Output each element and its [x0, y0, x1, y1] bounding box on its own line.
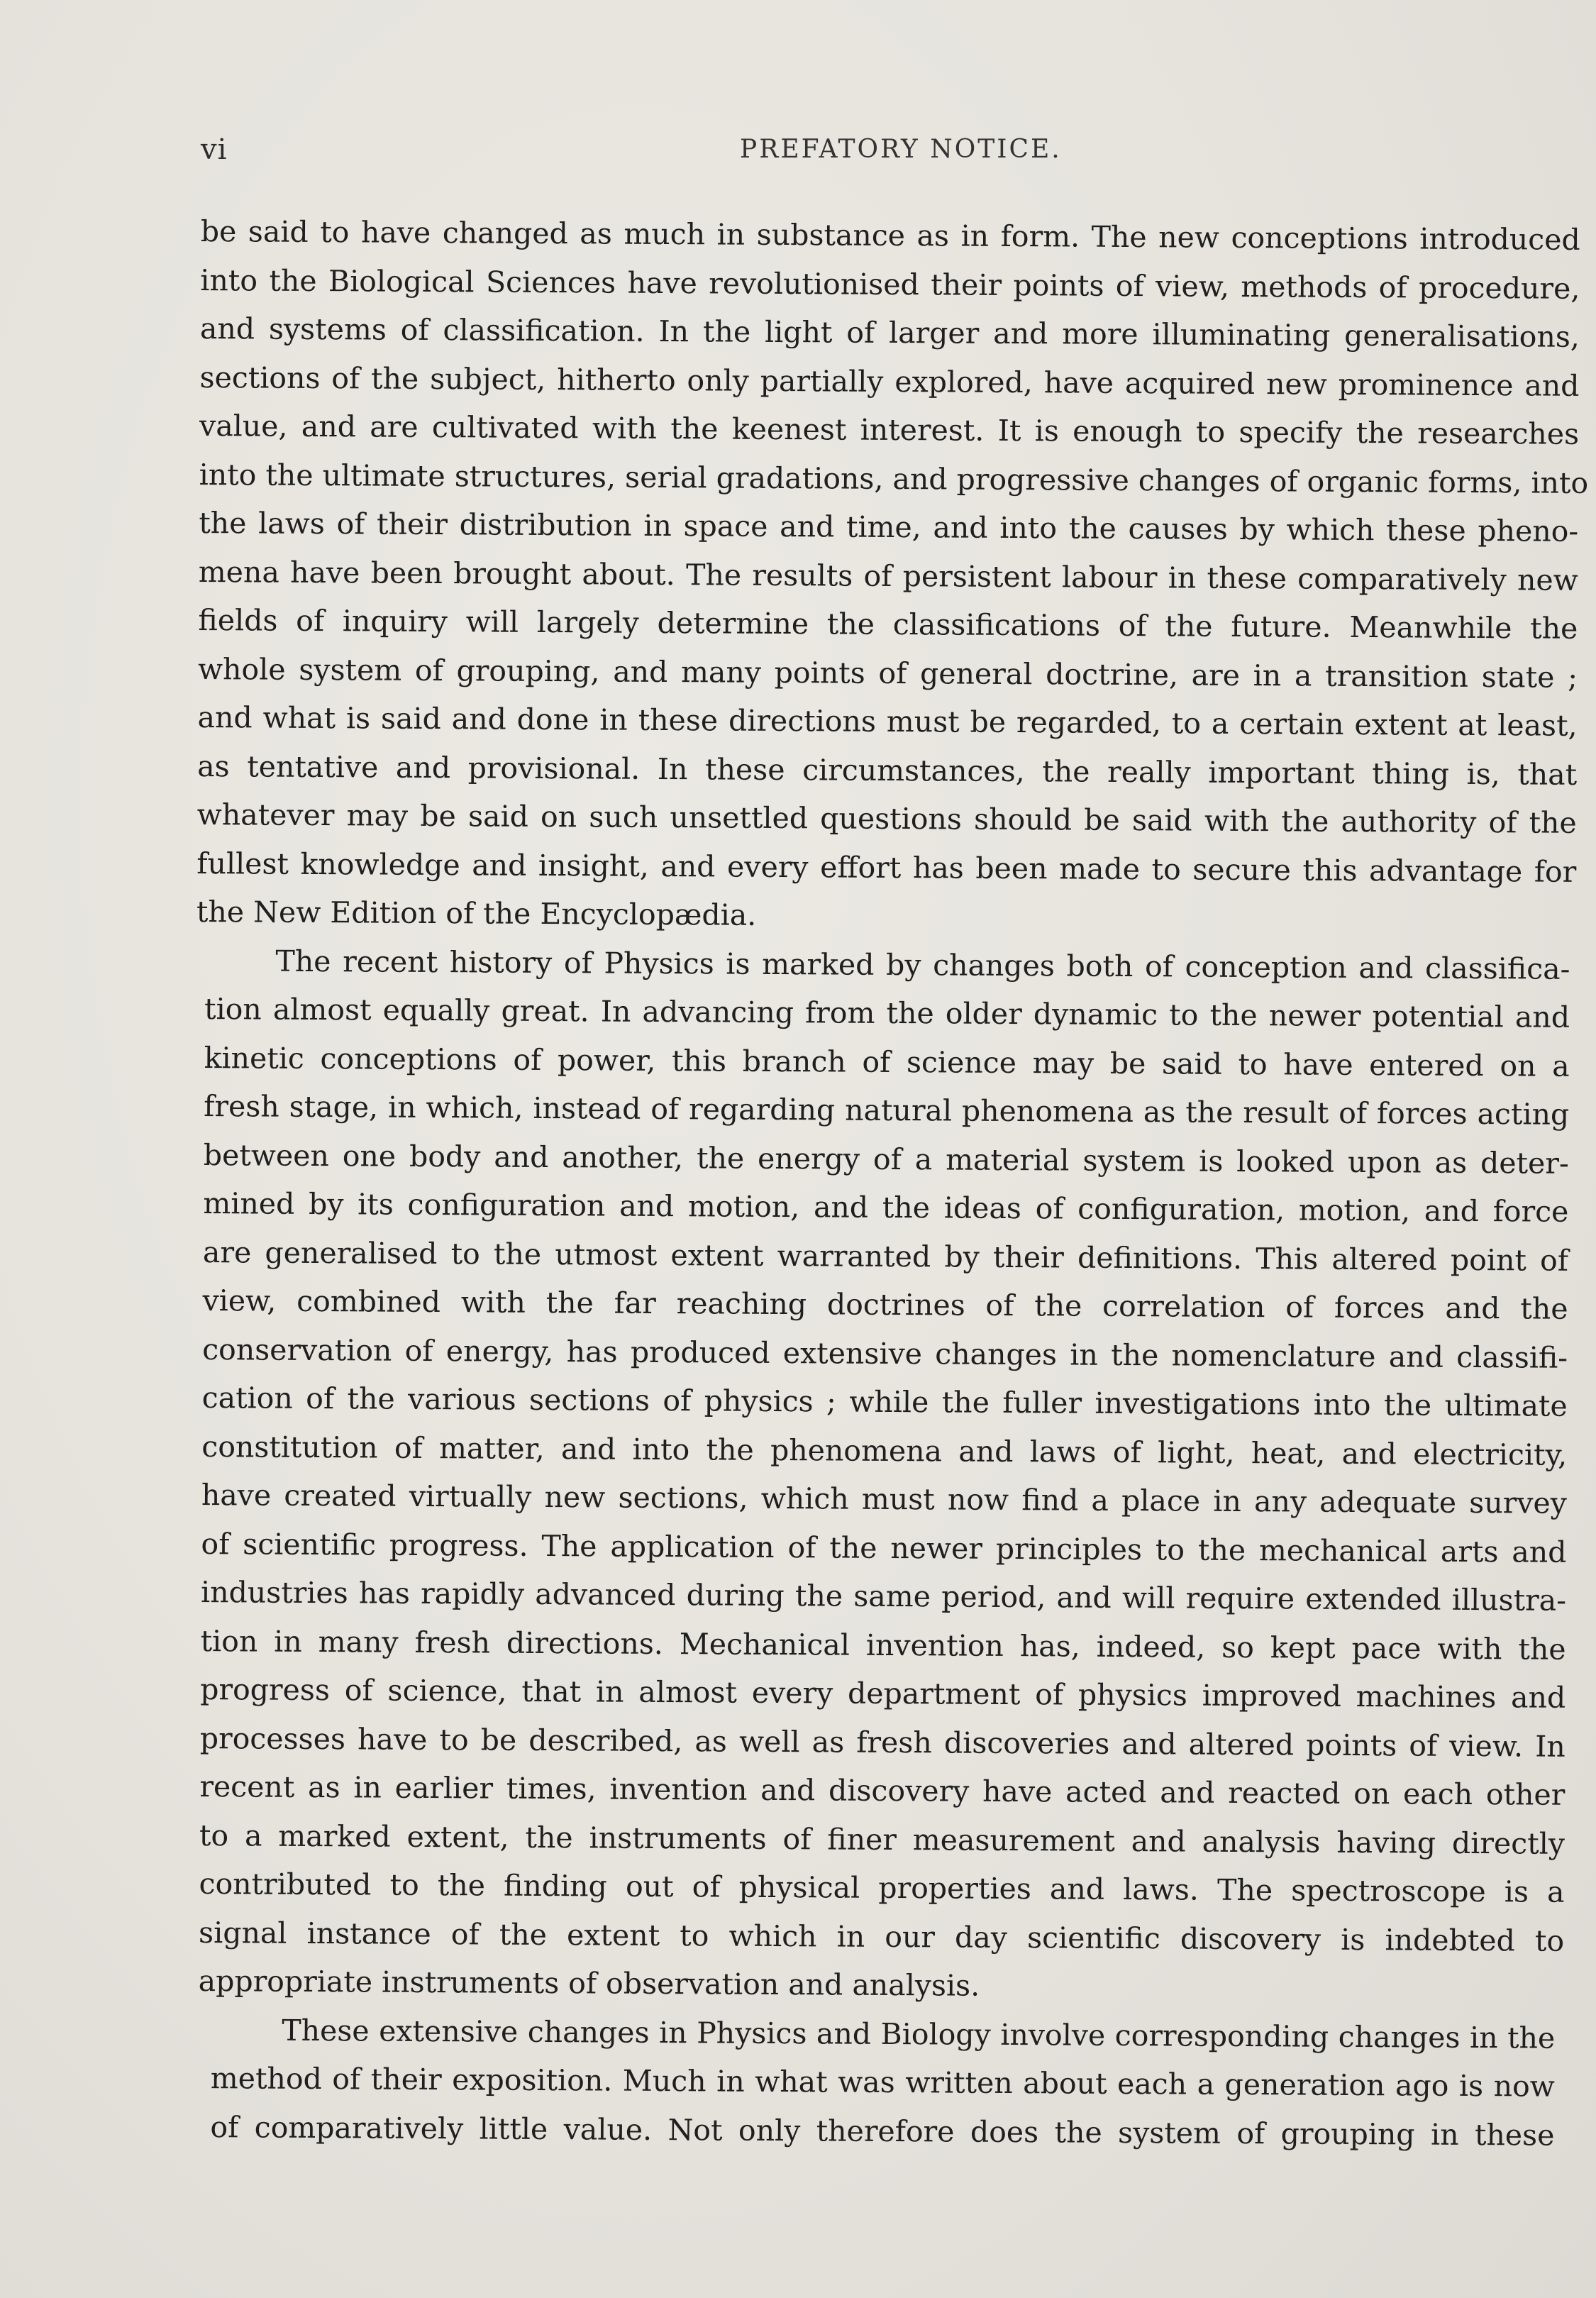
page-number: vi	[201, 133, 227, 166]
text-line: These extensive changes in Physics and B…	[211, 2006, 1555, 2062]
paragraph-biology: be said to have changed as much in subst…	[196, 207, 1580, 944]
text-line: whatever may be said on such unsettled q…	[197, 790, 1577, 847]
text-line: cation of the various sections of physic…	[202, 1374, 1568, 1430]
text-line: progress of science, that in almost ever…	[200, 1665, 1565, 1722]
text-line: as tentative and provisional. In these c…	[197, 741, 1577, 798]
text-line: the New Edition of the Encyclopædia.	[196, 888, 1576, 944]
text-line: tion almost equally great. In advancing …	[204, 985, 1570, 1042]
paragraph-physics: The recent history of Physics is marked …	[190, 936, 1570, 2013]
text-line: have created virtually new sections, whi…	[201, 1471, 1567, 1528]
body-text: be said to have changed as much in subst…	[189, 207, 1580, 2160]
text-line: are generalised to the utmost extent war…	[203, 1228, 1568, 1285]
text-line: industries has rapidly advanced during t…	[201, 1568, 1566, 1625]
text-line: and what is said and done in these direc…	[197, 693, 1577, 750]
header-title: PREFATORY NOTICE.	[740, 135, 1062, 164]
text-line: fullest knowledge and insight, and every…	[196, 839, 1576, 895]
text-line: mined by its configuration and motion, a…	[203, 1179, 1568, 1236]
book-page: vi PREFATORY NOTICE. be said to have cha…	[0, 0, 1596, 2298]
text-line: of comparatively little value. Not only …	[210, 2103, 1554, 2160]
paragraph-exposition: These extensive changes in Physics and B…	[189, 2005, 1555, 2159]
text-line: mena have been brought about. The result…	[199, 547, 1578, 604]
text-line: into the ultimate structures, serial gra…	[199, 450, 1578, 507]
text-line: view, combined with the far reaching doc…	[202, 1276, 1568, 1333]
text-line: between one body and another, the energy…	[204, 1131, 1569, 1188]
text-line: be said to have changed as much in subst…	[201, 207, 1580, 264]
running-head: vi PREFATORY NOTICE.	[201, 133, 1591, 176]
text-line: recent as in earlier times, invention an…	[199, 1762, 1565, 1819]
text-line: into the Biological Sciences have revolu…	[200, 255, 1580, 312]
text-line: The recent history of Physics is marked …	[204, 937, 1570, 993]
text-line: of scientific progress. The application …	[201, 1520, 1566, 1576]
text-line: method of their exposition. Much in what…	[211, 2054, 1555, 2111]
text-line: appropriate instruments of observation a…	[199, 1957, 1564, 2013]
text-line: signal instance of the extent to which i…	[199, 1908, 1564, 1965]
text-line: kinetic conceptions of power, this branc…	[204, 1034, 1569, 1090]
text-line: to a marked extent, the instruments of f…	[199, 1811, 1565, 1868]
text-line: sections of the subject, hitherto only p…	[199, 353, 1579, 409]
text-line: fresh stage, in which, instead of regard…	[204, 1082, 1569, 1139]
text-line: processes have to be described, as well …	[200, 1714, 1565, 1771]
text-line: fields of inquiry will largely determine…	[198, 596, 1578, 653]
text-line: constitution of matter, and into the phe…	[201, 1423, 1567, 1479]
text-line: tion in many fresh directions. Mechanica…	[200, 1617, 1565, 1674]
text-line: the laws of their distribution in space …	[199, 499, 1578, 556]
text-line: whole system of grouping, and many point…	[198, 644, 1578, 701]
text-line: and systems of classification. In the li…	[200, 304, 1580, 361]
text-line: conservation of energy, has produced ext…	[202, 1325, 1568, 1382]
text-line: value, and are cultivated with the keene…	[199, 402, 1579, 458]
text-line: contributed to the finding out of physic…	[199, 1860, 1564, 1916]
